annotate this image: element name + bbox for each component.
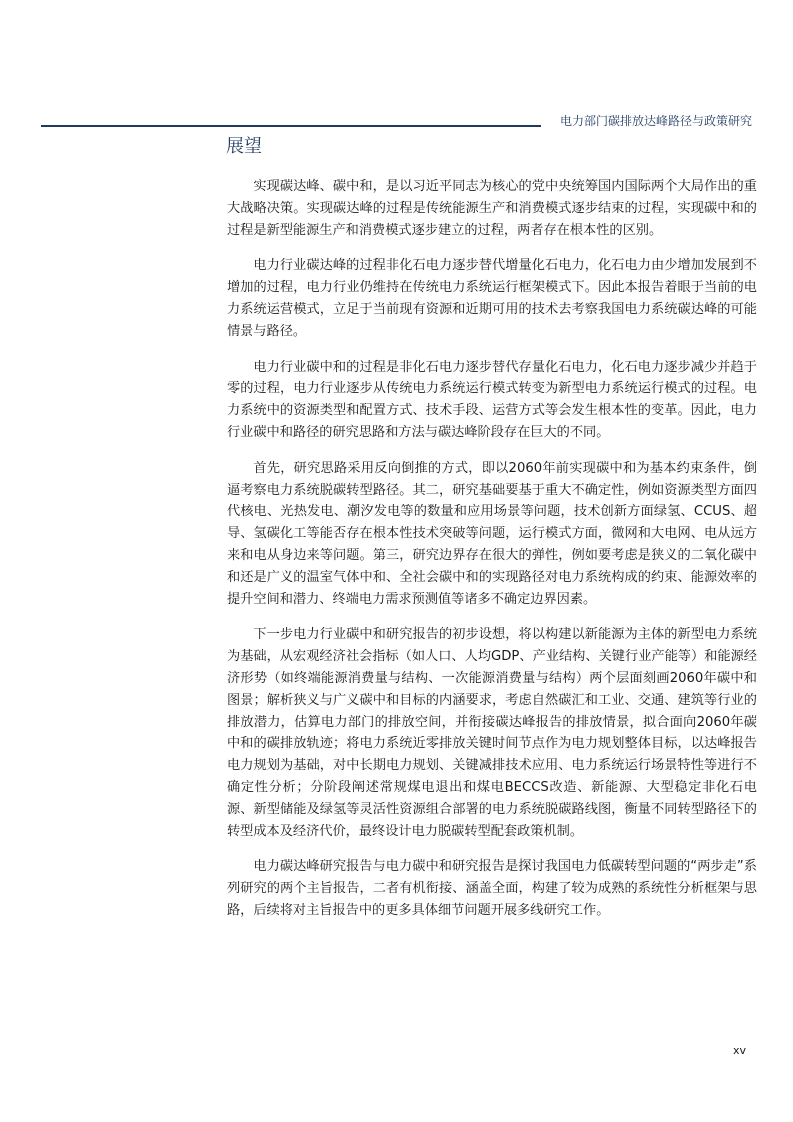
section-title: 展望 [226,132,262,158]
body-text: 实现碳达峰、碳中和，是以习近平同志为核心的党中央统筹国内国际两个大局作出的重大战… [227,176,757,936]
paragraph: 首先，研究思路采用反向倒推的方式，即以2060年前实现碳中和为基本约束条件，倒逼… [227,458,757,611]
paragraph: 电力行业碳达峰的过程非化石电力逐步替代增量化石电力，化石电力由少增加发展到不增加… [227,255,757,342]
running-head: 电力部门碳排放达峰路径与政策研究 [560,112,752,129]
paragraph: 电力行业碳中和的过程是非化石电力逐步替代存量化石电力，化石电力逐步减少并趋于零的… [227,357,757,444]
page-number: xv [733,1044,746,1057]
paragraph: 下一步电力行业碳中和研究报告的初步设想，将以构建以新能源为主体的新型电力系统为基… [227,624,757,842]
header-rule [41,125,541,127]
paragraph: 电力碳达峰研究报告与电力碳中和研究报告是探讨我国电力低碳转型问题的“两步走”系列… [227,856,757,921]
paragraph: 实现碳达峰、碳中和，是以习近平同志为核心的党中央统筹国内国际两个大局作出的重大战… [227,176,757,241]
